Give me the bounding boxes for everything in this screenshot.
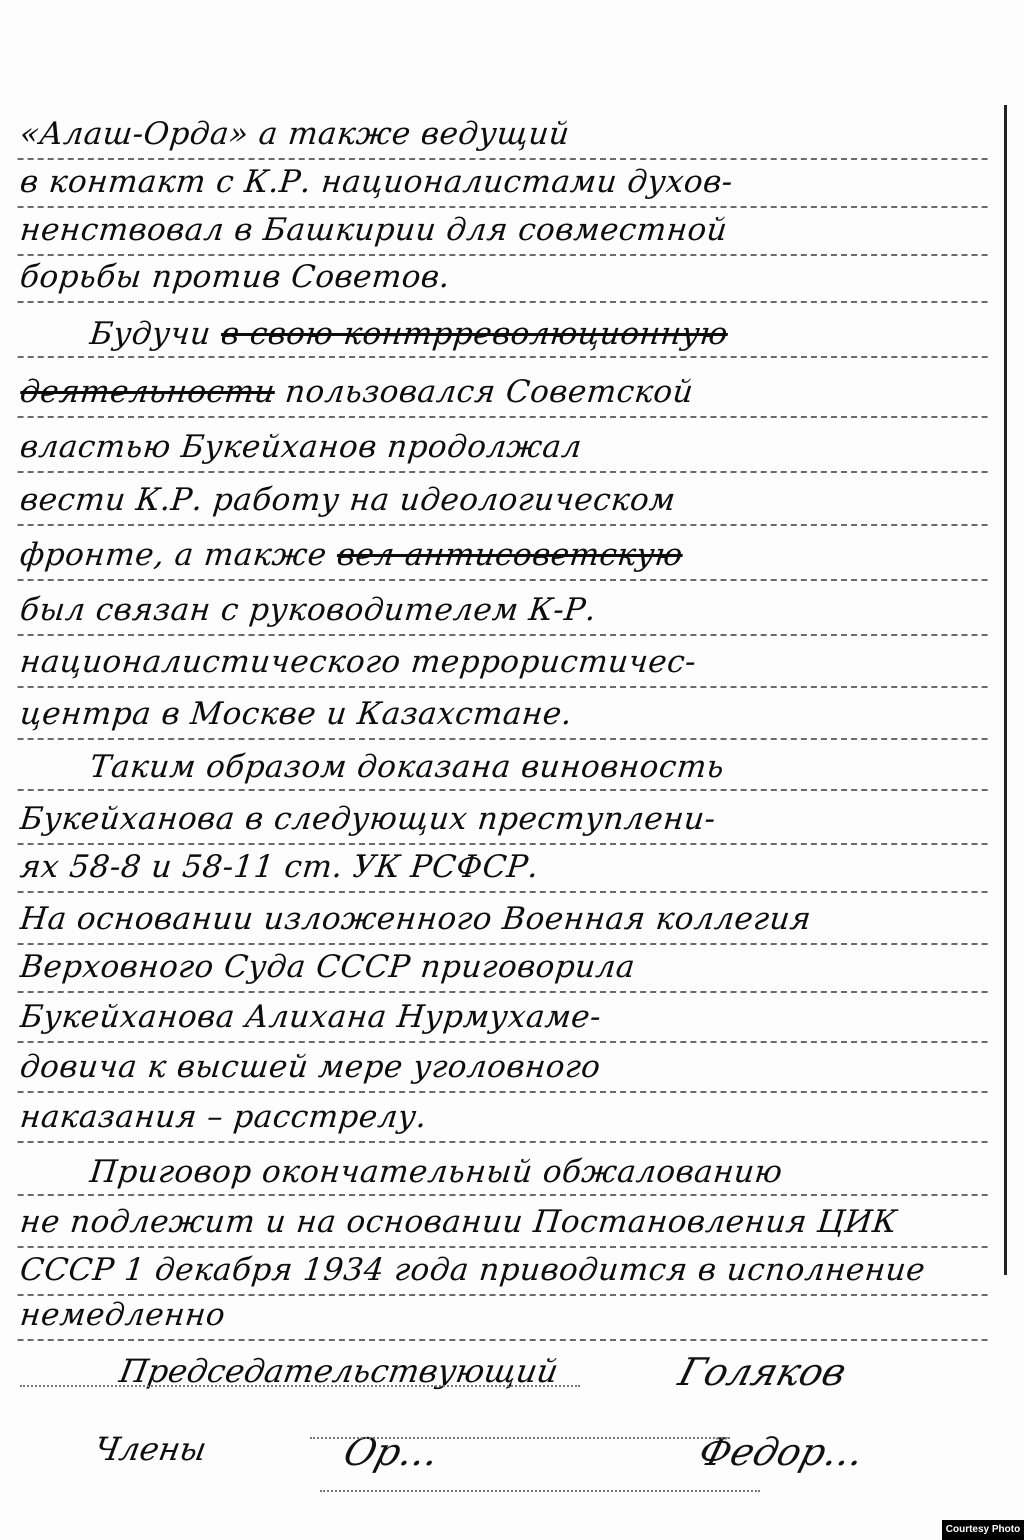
line-text: центра в Москве и Казахстане. xyxy=(18,696,574,732)
handwritten-line: наказания – расстрелу. xyxy=(17,1095,992,1143)
handwritten-line: Будучи в свою контрреволюционную xyxy=(18,312,993,358)
handwritten-line: был связан с руководителем К-Р. xyxy=(17,588,992,636)
line-text: довича к высшей мере уголовного xyxy=(18,1049,602,1085)
handwritten-line: Таким образом доказана виновность xyxy=(18,745,993,791)
line-text: На основании изложенного Военная коллеги… xyxy=(18,901,813,937)
line-text: был связан с руководителем К-Р. xyxy=(18,592,598,628)
struck-text: деятельности xyxy=(18,374,276,410)
line-text: «Алаш-Орда» а также ведущий xyxy=(18,116,571,152)
handwritten-line: властью Букейханов продолжал xyxy=(17,425,992,473)
struck-text: вел антисоветскую xyxy=(335,537,684,573)
members-label: Члены xyxy=(92,1430,210,1468)
line-text: в контакт с К.Р. националистами духов- xyxy=(18,164,734,200)
margin-line xyxy=(1004,105,1007,1275)
handwritten-line: вести К.Р. работу на идеологическом xyxy=(17,478,992,526)
line-text: фронте, а также xyxy=(18,537,339,573)
handwritten-line: Приговор окончательный обжалованию xyxy=(18,1150,993,1196)
line-text: СССР 1 декабря 1934 года приводится в ис… xyxy=(18,1252,927,1288)
line-text: Таким образом доказана виновность xyxy=(88,749,726,785)
handwritten-line: Букейханова в следующих преступлени- xyxy=(17,797,992,845)
line-text: борьбы против Советов. xyxy=(18,259,452,295)
line-text: пользовался Советской xyxy=(273,374,695,410)
handwritten-line: довича к высшей мере уголовного xyxy=(17,1045,992,1093)
line-text: властью Букейханов продолжал xyxy=(18,429,583,465)
handwritten-line: Верховного Суда СССР приговорила xyxy=(17,945,992,993)
handwritten-line: СССР 1 декабря 1934 года приводится в ис… xyxy=(17,1248,992,1296)
struck-text: в свою контрреволюционную xyxy=(219,316,730,352)
line-text: наказания – расстрелу. xyxy=(18,1099,428,1135)
line-text: Будучи xyxy=(88,316,223,352)
handwritten-line: ях 58-8 и 58-11 ст. УК РСФСР. xyxy=(17,845,992,893)
line-text: немедленно xyxy=(18,1297,227,1333)
handwritten-line: На основании изложенного Военная коллеги… xyxy=(17,897,992,945)
scanned-document-page: «Алаш-Орда» а также ведущийв контакт с К… xyxy=(0,0,1024,1540)
photo-credit: Courtesy Photo xyxy=(942,1520,1024,1540)
handwritten-line: ненствовал в Башкирии для совместной xyxy=(17,208,992,256)
handwritten-line: националистического террористичес- xyxy=(17,640,992,688)
signature-rule xyxy=(320,1490,760,1492)
handwritten-line: Букейханова Алихана Нурмухаме- xyxy=(17,995,992,1043)
line-text: не подлежит и на основании Постановления… xyxy=(18,1204,899,1240)
line-text: вести К.Р. работу на идеологическом xyxy=(18,482,677,518)
line-text: ненствовал в Башкирии для совместной xyxy=(18,212,729,248)
line-text: Букейханова Алихана Нурмухаме- xyxy=(18,999,603,1035)
handwritten-line: деятельности пользовался Советской xyxy=(17,370,992,418)
handwritten-line: не подлежит и на основании Постановления… xyxy=(17,1200,992,1248)
handwritten-line: «Алаш-Орда» а также ведущий xyxy=(17,112,992,160)
line-text: Верховного Суда СССР приговорила xyxy=(18,949,637,985)
handwritten-line: в контакт с К.Р. националистами духов- xyxy=(17,160,992,208)
handwritten-line: борьбы против Советов. xyxy=(17,255,992,303)
handwritten-line: центра в Москве и Казахстане. xyxy=(17,692,992,740)
handwritten-line: немедленно xyxy=(17,1293,992,1341)
line-text: националистического террористичес- xyxy=(18,644,698,680)
signature-rule xyxy=(310,1437,730,1439)
handwritten-line: фронте, а также вел антисоветскую xyxy=(17,533,992,581)
line-text: Приговор окончательный обжалованию xyxy=(88,1154,784,1190)
presiding-judge-signature: Голяков xyxy=(674,1350,851,1394)
line-text: ях 58-8 и 58-11 ст. УК РСФСР. xyxy=(18,849,540,885)
signature-rule xyxy=(20,1385,580,1387)
line-text: Букейханова в следующих преступлени- xyxy=(18,801,717,837)
